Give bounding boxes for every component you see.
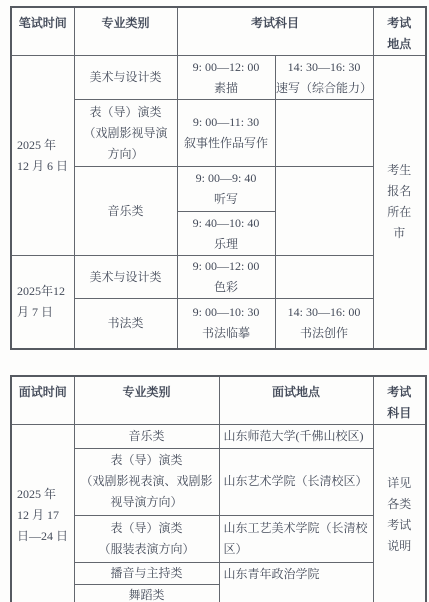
location-cell: 山东艺术学院（长清校区） (219, 448, 373, 515)
table-row: 表（导）演类 （戏剧影视导演 方向） 9: 00—11: 30 叙事性作品写作 (11, 100, 426, 167)
date-cell-dec7: 2025年12 月 7 日 (11, 256, 74, 349)
written-exam-table: 笔试时间 专业类别 考试科目 考试 地点 2025 年 12 月 6 日 美术与… (10, 6, 427, 350)
table-row: 2025 年 12 月 17 日—24 日 音乐类 山东师范大学(千佛山校区) … (11, 424, 426, 448)
category-cell: 书法类 (74, 299, 177, 349)
exam-schedule-page: 笔试时间 专业类别 考试科目 考试 地点 2025 年 12 月 6 日 美术与… (0, 0, 429, 602)
table-row: 2025年12 月 7 日 美术与设计类 9: 00—12: 00 色彩 (11, 256, 426, 299)
table-row: 书法类 9: 00—10: 30 书法临摹 14: 30—16: 00 书法创作 (11, 299, 426, 349)
category-cell: 美术与设计类 (74, 256, 177, 299)
category-cell: 播音与主持类 (74, 562, 219, 584)
location-cell: 山东工艺美术学院（长清校 区） (219, 515, 373, 562)
table-row: 音乐类 9: 00—9: 40 听写 (11, 167, 426, 212)
header-exam-location: 考试 地点 (373, 7, 426, 56)
header-category: 专业类别 (74, 376, 219, 425)
subject-cell-empty (275, 100, 373, 167)
location-cell: 山东师范大学(千佛山校区) (219, 424, 373, 448)
category-cell: 表（导）演类 （戏剧影视导演 方向） (74, 100, 177, 167)
category-cell: 舞蹈类 (74, 584, 219, 602)
subject-cell: 14: 30—16: 30 速写（综合能力） (275, 56, 373, 100)
subject-cell-empty (275, 256, 373, 299)
header-interview-location: 面试地点 (219, 376, 373, 425)
category-cell: 音乐类 (74, 167, 177, 256)
subject-cell: 9: 00—12: 00 素描 (177, 56, 275, 100)
exam-location-cell: 考生 报名 所在 市 (373, 56, 426, 349)
date-cell-dec6: 2025 年 12 月 6 日 (11, 56, 74, 256)
category-cell: 音乐类 (74, 424, 219, 448)
date-cell-dec17-24: 2025 年 12 月 17 日—24 日 (11, 424, 74, 602)
header-exam-subjects: 考试 科目 (373, 376, 426, 425)
written-header-row: 笔试时间 专业类别 考试科目 考试 地点 (11, 7, 426, 56)
header-category: 专业类别 (74, 7, 177, 56)
table-row: 表（导）演类 （戏剧影视表演、戏剧影 视导演方向） 山东艺术学院（长清校区） (11, 448, 426, 515)
table-row: 表（导）演类 （服装表演方向） 山东工艺美术学院（长清校 区） (11, 515, 426, 562)
subject-cell: 9: 40—10: 40 乐理 (177, 212, 275, 256)
subject-cell: 9: 00—11: 30 叙事性作品写作 (177, 100, 275, 167)
table-row: 播音与主持类 山东青年政治学院 (11, 562, 426, 584)
header-exam-subjects: 考试科目 (177, 7, 373, 56)
header-written-time: 笔试时间 (11, 7, 74, 56)
header-interview-time: 面试时间 (11, 376, 74, 425)
table-row: 2025 年 12 月 6 日 美术与设计类 9: 00—12: 00 素描 1… (11, 56, 426, 100)
location-cell: 山东青年政治学院 (219, 562, 373, 602)
interview-header-row: 面试时间 专业类别 面试地点 考试 科目 (11, 376, 426, 425)
subject-cell: 9: 00—9: 40 听写 (177, 167, 275, 212)
category-cell: 表（导）演类 （戏剧影视表演、戏剧影 视导演方向） (74, 448, 219, 515)
interview-exam-table: 面试时间 专业类别 面试地点 考试 科目 2025 年 12 月 17 日—24… (10, 375, 427, 602)
category-cell: 美术与设计类 (74, 56, 177, 100)
subject-cell: 14: 30—16: 00 书法创作 (275, 299, 373, 349)
category-cell: 表（导）演类 （服装表演方向） (74, 515, 219, 562)
subject-cell: 9: 00—12: 00 色彩 (177, 256, 275, 299)
exam-subjects-note-cell: 详见 各类 考试 说明 (373, 424, 426, 602)
subject-cell-empty (275, 167, 373, 256)
subject-cell: 9: 00—10: 30 书法临摹 (177, 299, 275, 349)
